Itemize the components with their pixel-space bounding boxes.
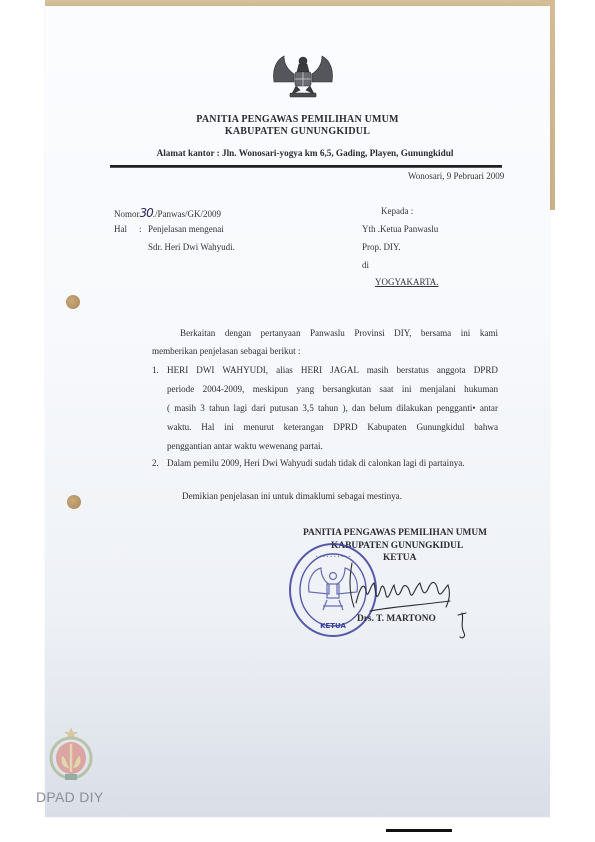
nomor-line: Nomor30./Panwas/GK/2009: [114, 206, 221, 220]
list-item-1-line5: penggantian antar waktu wewenang partai.: [167, 441, 323, 451]
punch-hole-bottom: [67, 495, 81, 509]
garuda-emblem-icon: [270, 52, 336, 98]
nomor-number: 30: [140, 206, 153, 220]
list-item-2-marker: 2.: [152, 458, 159, 468]
recipient-line1: Yth .Ketua Panwaslu: [362, 224, 438, 234]
signature-org-name: PANITIA PENGAWAS PEMILIHAN UMUM: [303, 528, 487, 538]
body-intro-line1: Berkaitan dengan pertanyaan Panwaslu Pro…: [180, 328, 498, 338]
recipient-city: YOGYAKARTA.: [375, 277, 439, 287]
letterhead-address: Alamat kantor : Jln. Wonosari-yogya km 6…: [0, 148, 595, 158]
closing-sentence: Demikian penjelasan ini untuk dimaklumi …: [182, 491, 402, 501]
nomor-suffix: ./Panwas/GK/2009: [153, 209, 221, 219]
list-item-2-line1: Dalam pemilu 2009, Heri Dwi Wahyudi suda…: [167, 458, 465, 468]
signer-name: Drs. T. MARTONO: [357, 614, 436, 624]
hal-label: Hal: [114, 224, 127, 234]
punch-hole-top: [66, 295, 80, 309]
handwritten-signature-icon: [340, 555, 480, 640]
watermark-text: DPAD DIY: [36, 789, 104, 805]
body-intro-line2: memberikan penjelasan sebagai berikut :: [152, 346, 300, 356]
letterhead-org-name: PANITIA PENGAWAS PEMILIHAN UMUM: [0, 114, 595, 125]
recipient-line2: Prop. DIY.: [362, 242, 401, 252]
list-item-1-line4: waktu. Hal ini menurut keterangan DPRD K…: [167, 422, 498, 432]
dpad-diy-emblem-icon: [48, 726, 94, 782]
list-item-1-line1: HERI DWI WAHYUDI, alias HERI JAGAL masih…: [167, 365, 498, 375]
hal-subject-line1: Penjelasan mengenai: [148, 224, 224, 234]
recipient-kepada: Kepada :: [381, 206, 413, 216]
list-item-1-line3: ( masih 3 tahun lagi dari putusan 3,5 ta…: [167, 403, 498, 413]
hal-subject-line2: Sdr. Heri Dwi Wahyudi.: [148, 242, 235, 252]
list-item-1-marker: 1.: [152, 365, 159, 375]
list-item-1-line2: periode 2004-2009, meskipun yang bersang…: [167, 384, 498, 394]
letterhead-regency: KABUPATEN GUNUNGKIDUL: [0, 126, 595, 137]
hal-colon: :: [139, 224, 142, 234]
letterhead-divider: [110, 165, 502, 168]
bottom-rule: [386, 829, 452, 832]
place-date: Wonosari, 9 Pebruari 2009: [408, 171, 504, 181]
nomor-label: Nomor: [114, 209, 140, 219]
recipient-line3: di: [362, 260, 369, 270]
